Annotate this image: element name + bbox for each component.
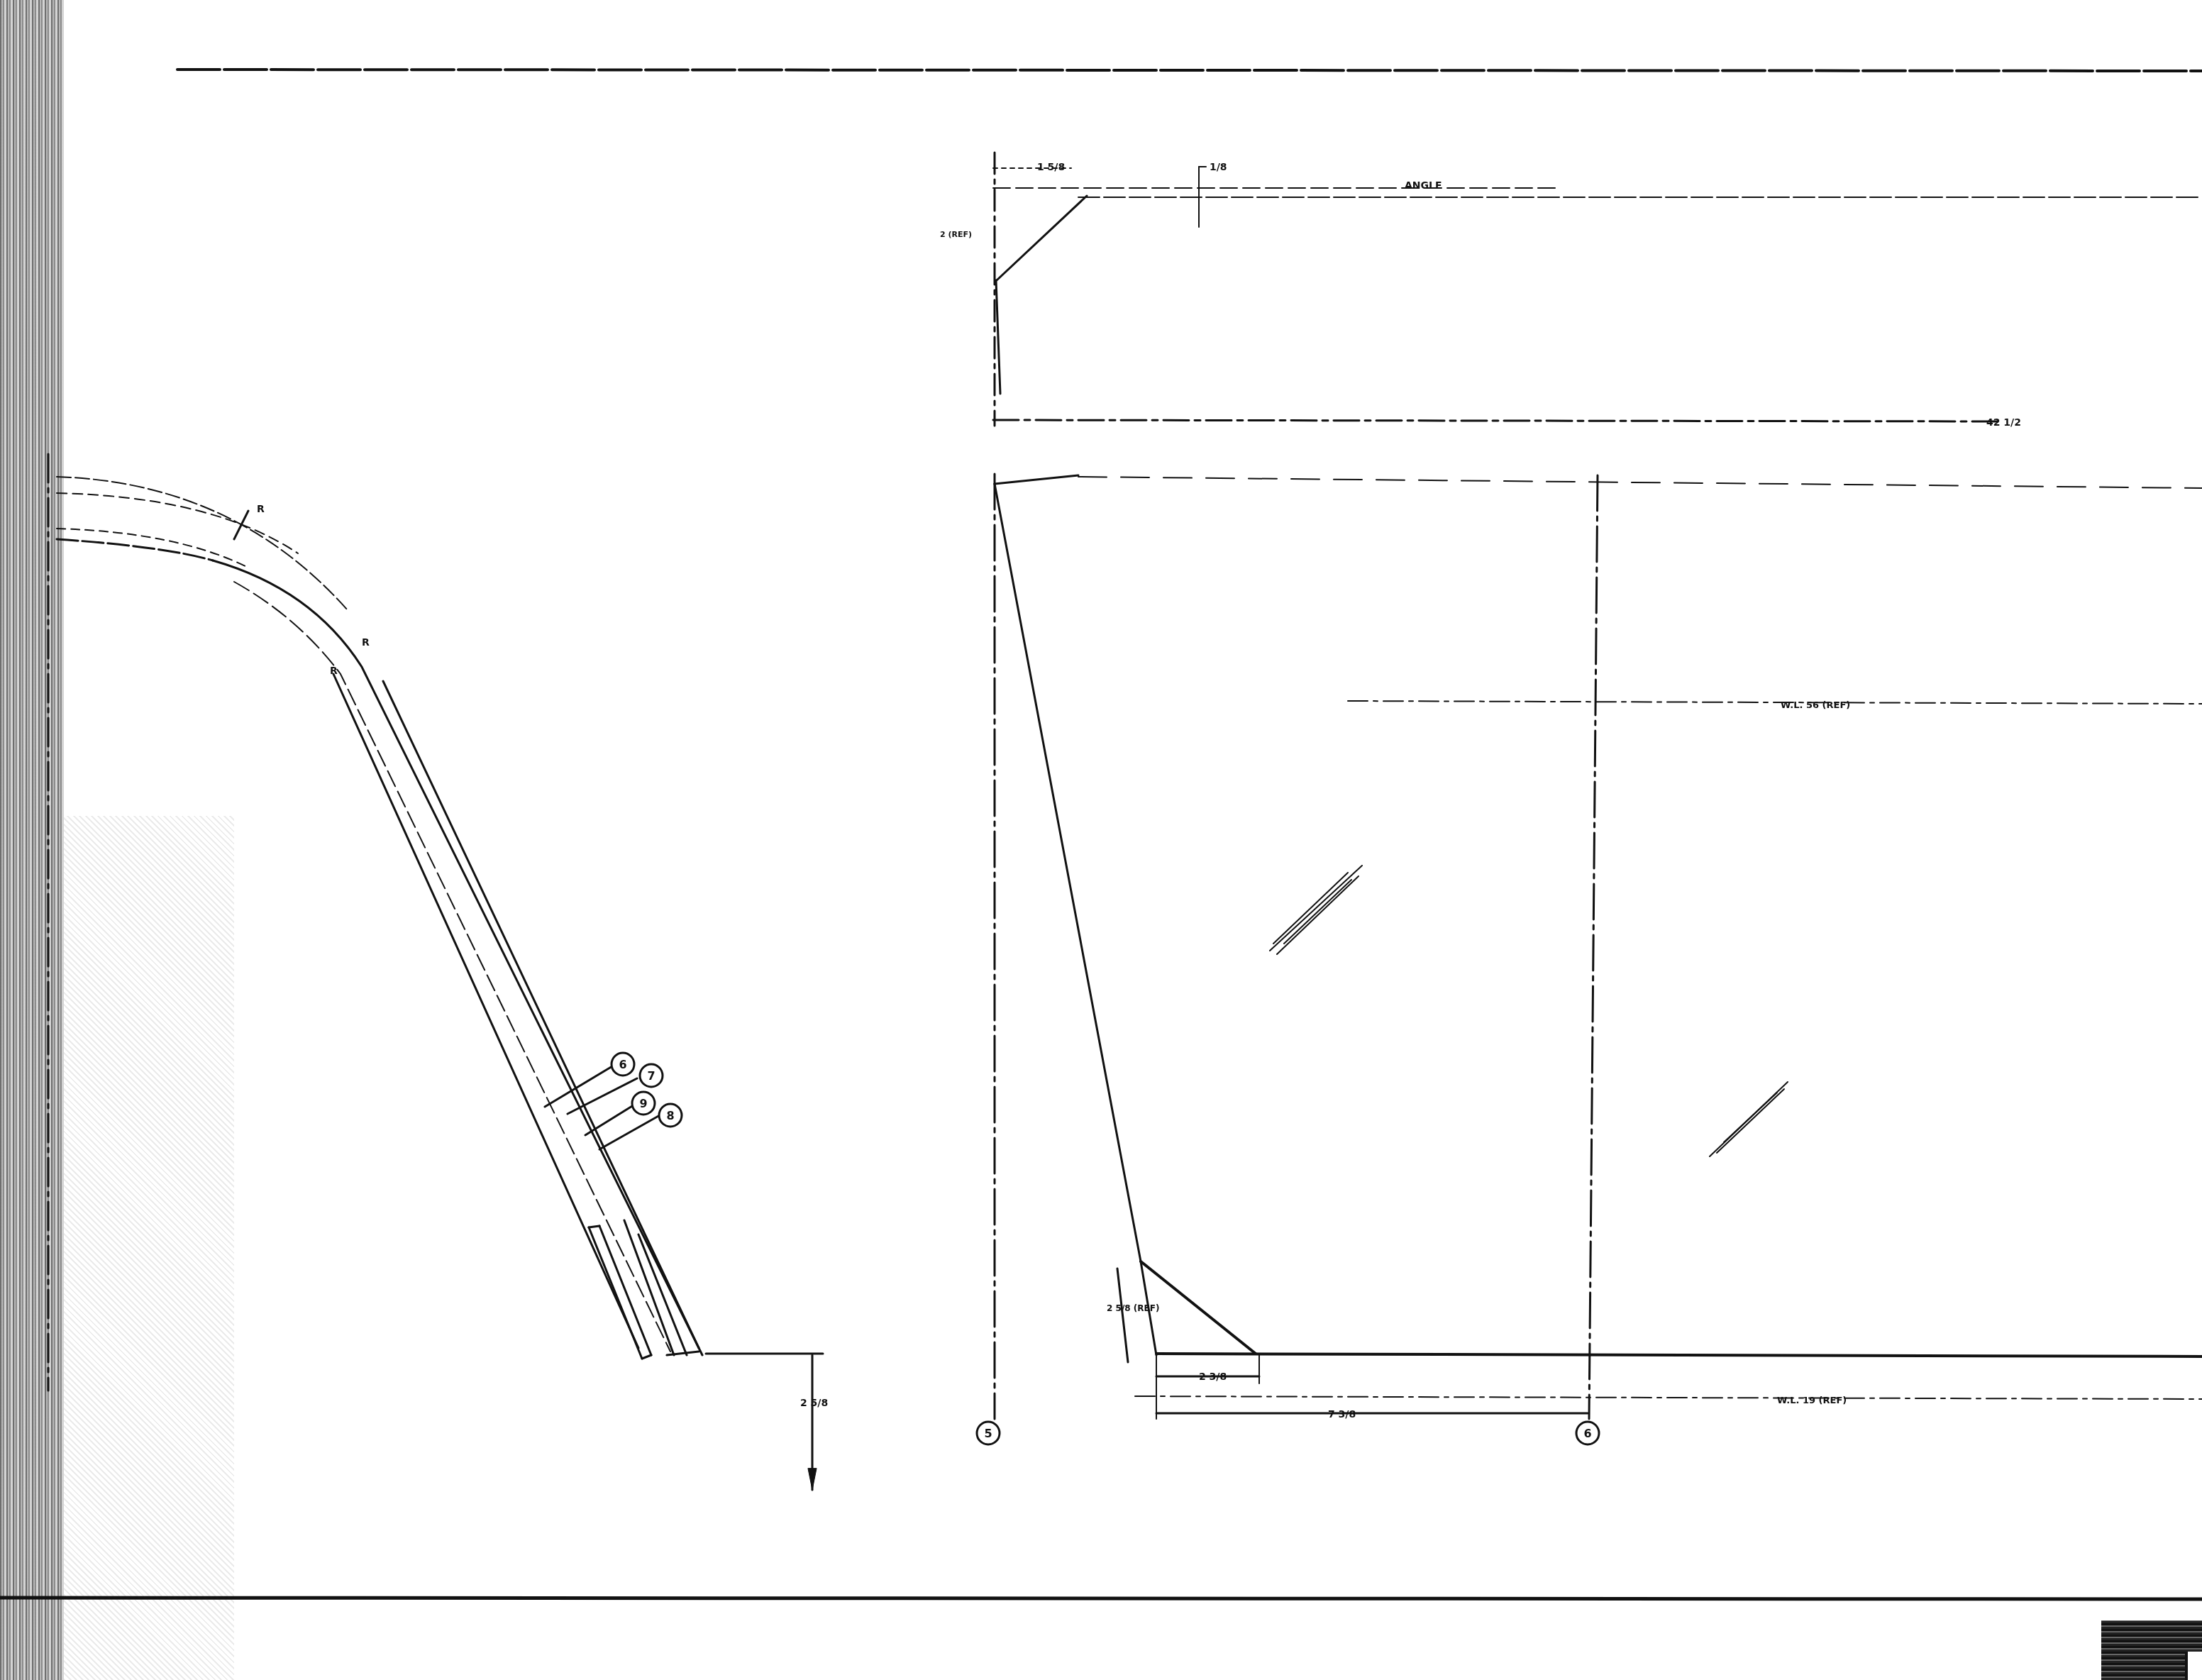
svg-text:9: 9 <box>639 1097 647 1110</box>
svg-text:5: 5 <box>984 1427 992 1440</box>
svg-text:7: 7 <box>647 1069 655 1083</box>
top-view <box>993 153 2202 426</box>
drawing-sheet: 6 7 9 8 5 6 1 5/8 1/8 2 (REF) ANGLE 42 1… <box>0 0 2202 1680</box>
sheet-border-bottom <box>0 1598 2202 1599</box>
dim-top-left: 1 5/8 <box>1037 162 1065 173</box>
svg-text:6: 6 <box>619 1058 626 1071</box>
sheet-border-top <box>177 70 2202 71</box>
dim-side-label: 2 (REF) <box>940 230 972 239</box>
title-block-tab <box>2185 1652 2202 1680</box>
callout-balloon: 6 <box>612 1053 634 1076</box>
waterline-lower-label: W.L. 19 (REF) <box>1777 1396 1847 1406</box>
callout-balloon: 9 <box>632 1092 655 1115</box>
radius-label-3: R <box>330 665 338 677</box>
svg-text:8: 8 <box>666 1109 674 1122</box>
right-view <box>995 474 2202 1419</box>
radius-label-1: R <box>257 504 265 515</box>
dim-left-bottom: 2 5/8 <box>800 1398 828 1409</box>
waterline-upper-label: W.L. 56 (REF) <box>1781 700 1850 711</box>
station-balloon-5: 5 <box>977 1422 1000 1444</box>
title-block <box>2101 1620 2202 1680</box>
callout-balloon: 8 <box>659 1104 682 1127</box>
dim-gusset-height: 2 5/8 (REF) <box>1107 1303 1159 1313</box>
dim-gusset-base: 2 3/8 <box>1199 1371 1227 1383</box>
dim-right: 42 1/2 <box>1986 417 2021 429</box>
radius-label-2: R <box>362 637 370 648</box>
dim-overall: 7 3/8 <box>1328 1409 1356 1420</box>
station-balloons: 5 6 <box>977 1422 1599 1444</box>
left-view <box>48 454 823 1490</box>
callout-balloon: 7 <box>640 1064 663 1087</box>
station-balloon-6: 6 <box>1576 1422 1599 1444</box>
callout-balloons: 6 7 9 8 <box>612 1053 682 1127</box>
svg-text:6: 6 <box>1583 1427 1591 1440</box>
note-angle: ANGLE <box>1405 180 1442 192</box>
dim-top-small: 1/8 <box>1210 162 1227 173</box>
